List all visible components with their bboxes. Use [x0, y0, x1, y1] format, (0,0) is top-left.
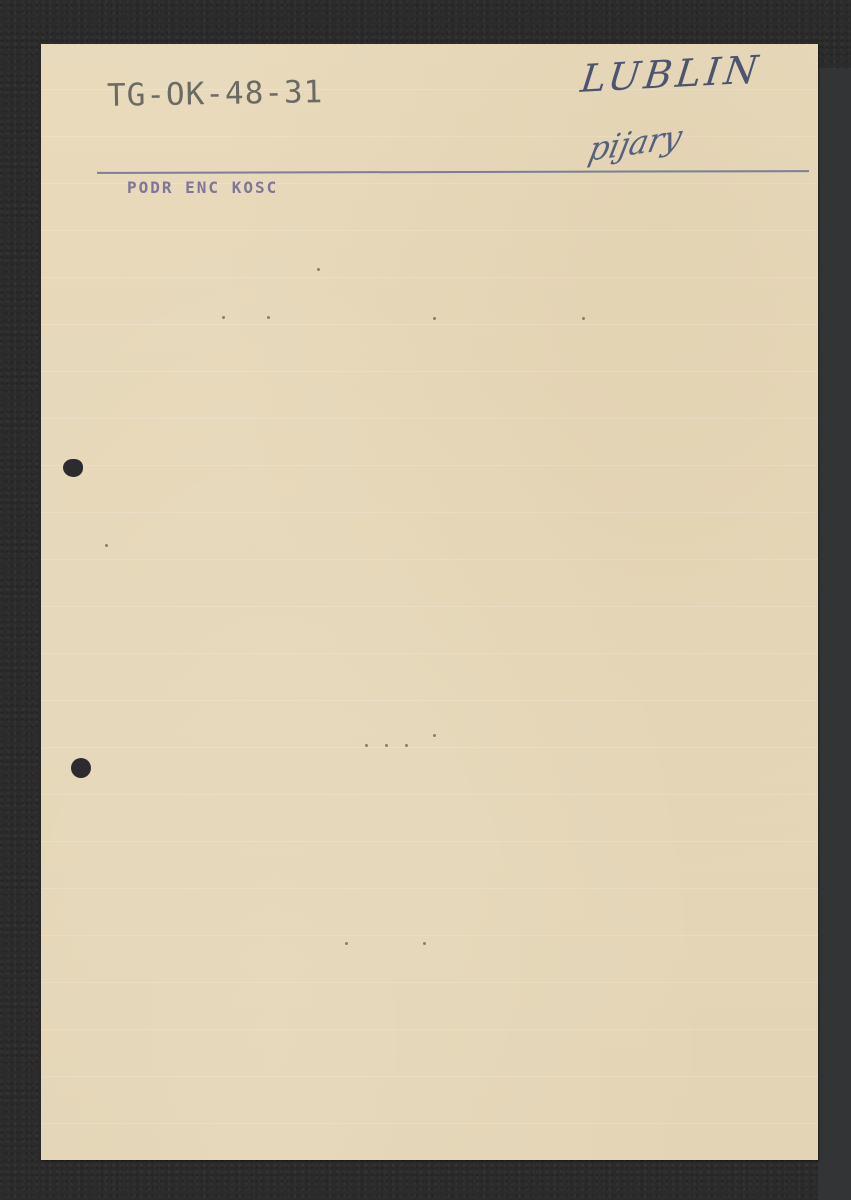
divider-line — [97, 170, 809, 174]
punch-hole-bottom — [71, 758, 91, 778]
paper-speck — [345, 942, 348, 945]
paper-speck — [222, 316, 225, 319]
paper-speck — [423, 942, 426, 945]
paper-speck — [385, 744, 388, 747]
punch-hole-top — [63, 459, 83, 477]
paper-speck — [582, 317, 585, 320]
document-sheet: TG-OK-48-31 LUBLIN pijary PODR ENC KOSC — [41, 44, 818, 1160]
backing-strip — [818, 68, 851, 1200]
paper-speck — [433, 734, 436, 737]
place-note: pijary — [585, 117, 686, 170]
paper-speck — [105, 544, 108, 547]
paper-speck — [405, 744, 408, 747]
paper-speck — [267, 316, 270, 319]
stamp-mark: PODR ENC KOSC — [127, 178, 278, 197]
paper-speck — [317, 268, 320, 271]
archive-signature: TG-OK-48-31 — [107, 74, 324, 114]
paper-speck — [433, 317, 436, 320]
paper-speck — [365, 744, 368, 747]
place-heading: LUBLIN — [578, 47, 764, 101]
